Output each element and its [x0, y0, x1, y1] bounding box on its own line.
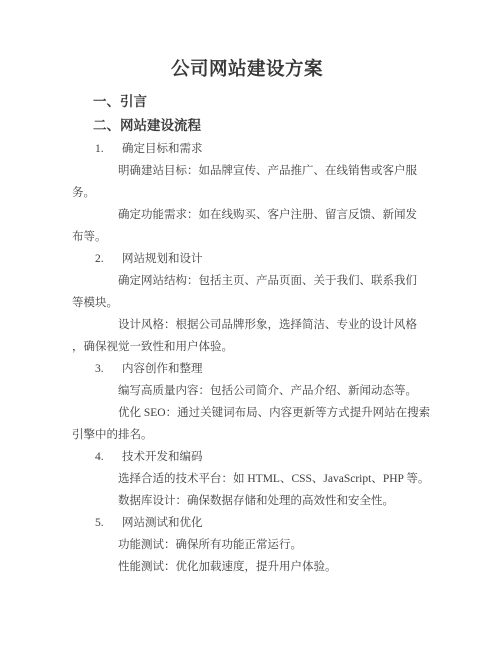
step-title: 网站测试和优化: [122, 517, 203, 529]
paragraph: 编写高质量内容：包括公司简介、产品介绍、新闻动态等。: [72, 380, 422, 402]
step-title: 网站规划和设计: [122, 253, 203, 265]
step-item-3: 3.内容创作和整理 编写高质量内容：包括公司简介、产品介绍、新闻动态等。 优化 …: [72, 358, 422, 446]
paragraph-line: 确定网站结构：包括主页、产品页面、关于我们、联系我们: [72, 270, 422, 292]
paragraph: 数据库设计：确保数据存储和处理的高效性和安全性。: [72, 490, 422, 512]
paragraph-line: 引擎中的排名。: [72, 424, 422, 446]
paragraph: 选择合适的技术平台：如 HTML、CSS、JavaScript、PHP 等。: [72, 468, 422, 490]
step-item-5: 5.网站测试和优化 功能测试：确保所有功能正常运行。 性能测试：优化加载速度，提…: [72, 512, 422, 578]
step-title: 内容创作和整理: [122, 363, 203, 375]
step-heading: 4.技术开发和编码: [72, 446, 422, 468]
document-page: 公司网站建设方案 一、引言 二、网站建设流程 1.确定目标和需求 明确建站目标：…: [0, 0, 500, 647]
section-heading-intro: 一、引言: [72, 90, 422, 114]
step-heading: 5.网站测试和优化: [72, 512, 422, 534]
step-number: 5.: [95, 512, 122, 534]
step-number: 1.: [95, 138, 122, 160]
paragraph: 确定网站结构：包括主页、产品页面、关于我们、联系我们 等模块。: [72, 270, 422, 314]
paragraph-line: 优化 SEO：通过关键词布局、内容更新等方式提升网站在搜索: [72, 402, 422, 424]
step-heading: 2.网站规划和设计: [72, 248, 422, 270]
paragraph-line: 布等。: [72, 226, 422, 248]
step-heading: 3.内容创作和整理: [72, 358, 422, 380]
paragraph-line: 确定功能需求：如在线购买、客户注册、留言反馈、新闻发: [72, 204, 422, 226]
step-number: 2.: [95, 248, 122, 270]
paragraph-line: ，确保视觉一致性和用户体验。: [72, 336, 422, 358]
step-title: 技术开发和编码: [122, 451, 203, 463]
section-heading-process: 二、网站建设流程: [72, 114, 422, 138]
paragraph: 优化 SEO：通过关键词布局、内容更新等方式提升网站在搜索 引擎中的排名。: [72, 402, 422, 446]
step-item-1: 1.确定目标和需求 明确建站目标：如品牌宣传、产品推广、在线销售或客户服 务。 …: [72, 138, 422, 248]
paragraph-line: 性能测试：优化加载速度，提升用户体验。: [72, 556, 422, 578]
paragraph-line: 编写高质量内容：包括公司简介、产品介绍、新闻动态等。: [72, 380, 422, 402]
paragraph-line: 务。: [72, 182, 422, 204]
paragraph-line: 等模块。: [72, 292, 422, 314]
paragraph-line: 设计风格：根据公司品牌形象，选择简洁、专业的设计风格: [72, 314, 422, 336]
paragraph: 功能测试：确保所有功能正常运行。: [72, 534, 422, 556]
paragraph: 确定功能需求：如在线购买、客户注册、留言反馈、新闻发 布等。: [72, 204, 422, 248]
step-item-2: 2.网站规划和设计 确定网站结构：包括主页、产品页面、关于我们、联系我们 等模块…: [72, 248, 422, 358]
paragraph-line: 选择合适的技术平台：如 HTML、CSS、JavaScript、PHP 等。: [72, 468, 422, 490]
step-item-4: 4.技术开发和编码 选择合适的技术平台：如 HTML、CSS、JavaScrip…: [72, 446, 422, 512]
paragraph-line: 明确建站目标：如品牌宣传、产品推广、在线销售或客户服: [72, 160, 422, 182]
paragraph-line: 功能测试：确保所有功能正常运行。: [72, 534, 422, 556]
paragraph: 明确建站目标：如品牌宣传、产品推广、在线销售或客户服 务。: [72, 160, 422, 204]
step-number: 3.: [95, 358, 122, 380]
step-number: 4.: [95, 446, 122, 468]
paragraph: 设计风格：根据公司品牌形象，选择简洁、专业的设计风格 ，确保视觉一致性和用户体验…: [72, 314, 422, 358]
step-title: 确定目标和需求: [122, 143, 203, 155]
paragraph: 性能测试：优化加载速度，提升用户体验。: [72, 556, 422, 578]
paragraph-line: 数据库设计：确保数据存储和处理的高效性和安全性。: [72, 490, 422, 512]
step-heading: 1.确定目标和需求: [72, 138, 422, 160]
document-title: 公司网站建设方案: [72, 58, 422, 82]
